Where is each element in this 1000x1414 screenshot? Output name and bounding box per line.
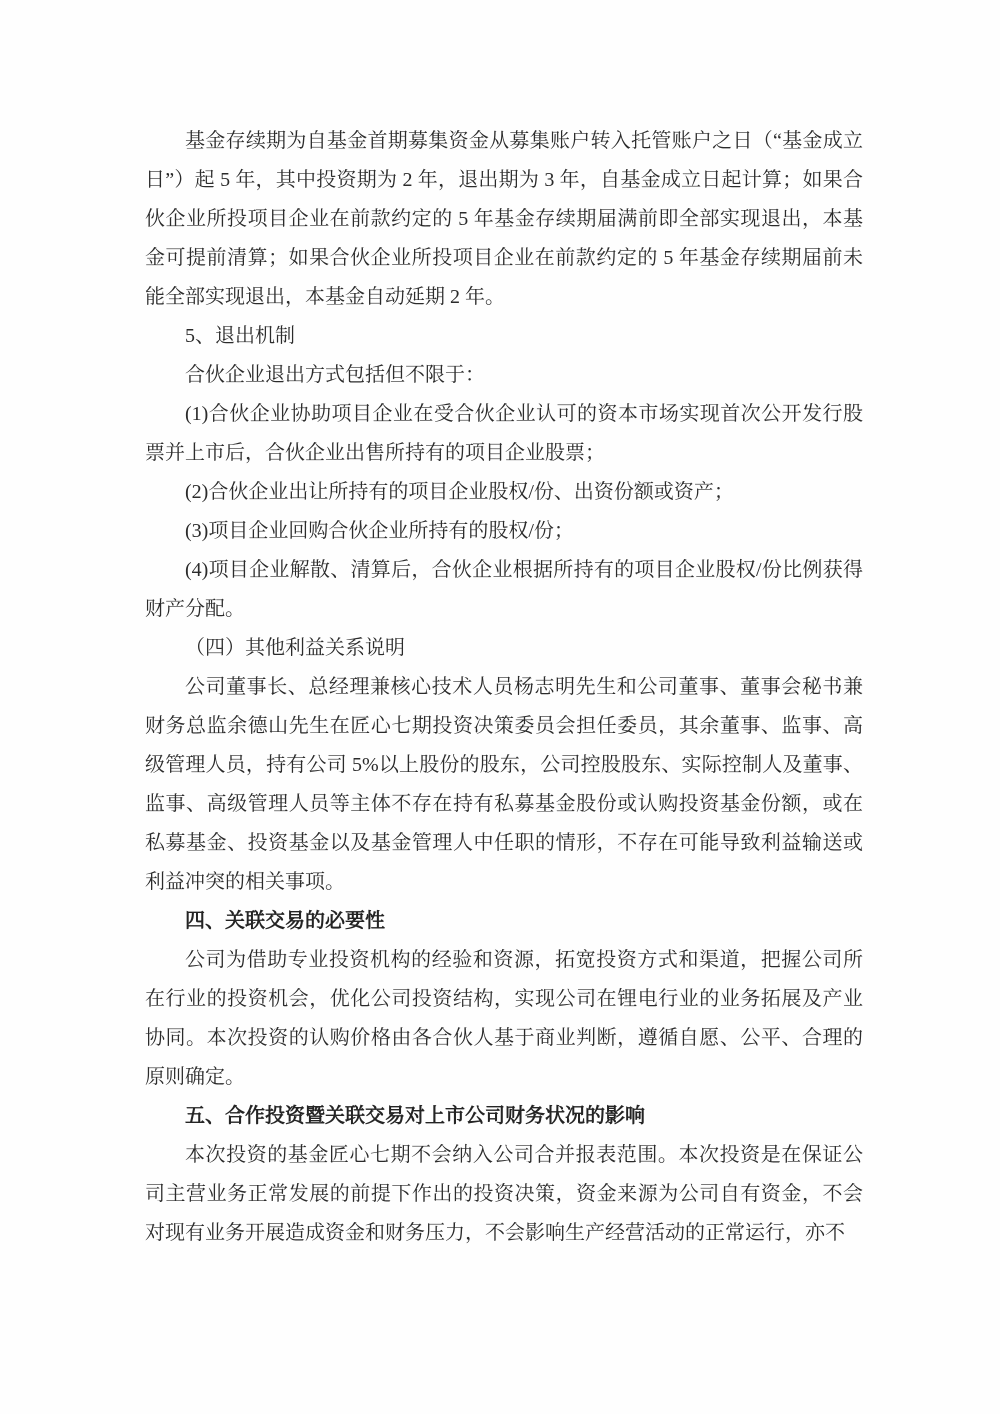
paragraph-transaction-necessity: 公司为借助专业投资机构的经验和资源，拓宽投资方式和渠道，把握公司所在行业的投资机… (145, 941, 863, 1097)
subheading-exit-mechanism: 5、退出机制 (145, 317, 863, 356)
subheading-other-interest-relations: （四）其他利益关系说明 (145, 629, 863, 668)
document-content: 基金存续期为自基金首期募集资金从募集账户转入托管账户之日（“基金成立日”）起 5… (145, 122, 863, 1253)
list-item-exit-method-3: (3)项目企业回购合伙企业所持有的股权/份； (145, 512, 863, 551)
list-item-exit-method-2: (2)合伙企业出让所持有的项目企业股权/份、出资份额或资产； (145, 473, 863, 512)
paragraph-exit-methods-intro: 合伙企业退出方式包括但不限于： (145, 356, 863, 395)
section-heading-transaction-necessity: 四、关联交易的必要性 (145, 902, 863, 941)
section-heading-financial-impact: 五、合作投资暨关联交易对上市公司财务状况的影响 (145, 1097, 863, 1136)
paragraph-interest-relations: 公司董事长、总经理兼核心技术人员杨志明先生和公司董事、董事会秘书兼财务总监余德山… (145, 668, 863, 902)
list-item-exit-method-1: (1)合伙企业协助项目企业在受合伙企业认可的资本市场实现首次公开发行股票并上市后… (145, 395, 863, 473)
paragraph-financial-impact: 本次投资的基金匠心七期不会纳入公司合并报表范围。本次投资是在保证公司主营业务正常… (145, 1136, 863, 1253)
list-item-exit-method-4: (4)项目企业解散、清算后，合伙企业根据所持有的项目企业股权/份比例获得财产分配… (145, 551, 863, 629)
document-page: 基金存续期为自基金首期募集资金从募集账户转入托管账户之日（“基金成立日”）起 5… (0, 0, 1000, 1414)
paragraph-fund-duration: 基金存续期为自基金首期募集资金从募集账户转入托管账户之日（“基金成立日”）起 5… (145, 122, 863, 317)
